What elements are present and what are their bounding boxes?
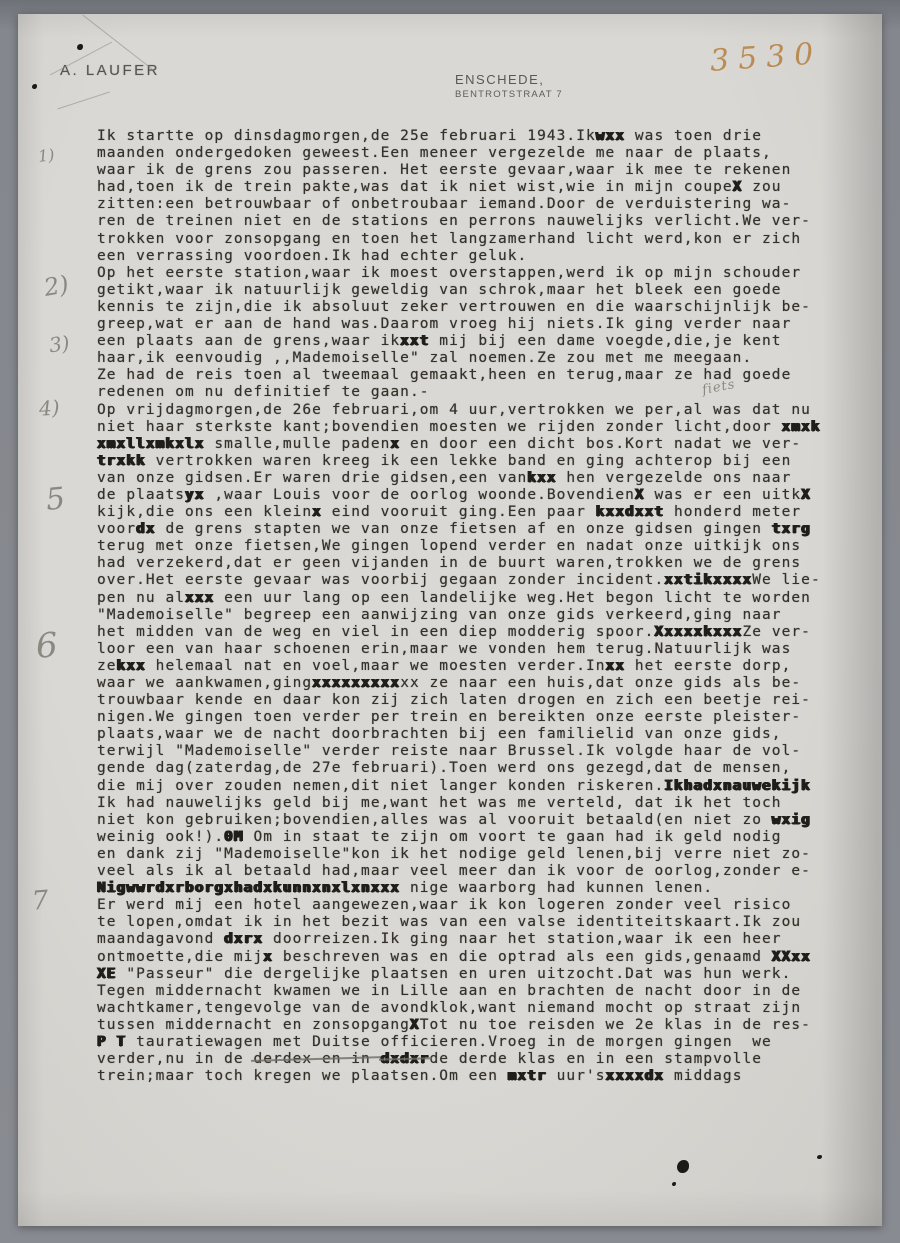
typed-correction: trxkk xyxy=(97,453,146,469)
typed-text: nigen.We gingen toen verder per trein en… xyxy=(97,709,801,725)
typed-correction: derdex en in xyxy=(253,1051,380,1067)
typed-correction: yx xyxy=(185,487,205,503)
typed-correction: dxrx xyxy=(224,931,263,947)
ink-blot xyxy=(77,44,83,50)
margin-number: 5 xyxy=(44,481,67,518)
typed-correction: wxx xyxy=(596,128,625,144)
ink-blot xyxy=(32,84,37,89)
text-line: Tegen middernacht kwamen we in Lille aan… xyxy=(97,983,857,1000)
typed-text: tussen middernacht en zonsopgang xyxy=(97,1017,410,1033)
typed-text: We lie- xyxy=(752,572,820,588)
text-line: getikt,waar ik natuurlijk geweldig van s… xyxy=(97,282,857,299)
text-line: P T tauratiewagen met Duitse officieren.… xyxy=(97,1034,857,1051)
letterhead-city: ENSCHEDE, xyxy=(455,72,544,87)
typed-text: waar we aankwamen,ging xyxy=(97,675,312,691)
typed-text: loor een van haar schoenen erin,maar we … xyxy=(97,641,791,657)
typed-text: trokken voor zonsopgang en toen het lang… xyxy=(97,231,801,247)
typed-correction: Xxxxxkxxx xyxy=(654,624,742,640)
margin-number: 1) xyxy=(37,145,55,166)
text-line: tussen middernacht en zonsopgangXTot nu … xyxy=(97,1017,857,1034)
typed-text: vertrokken waren kreeg ik een lekke band… xyxy=(146,453,791,469)
handwritten-page-number: 3530 xyxy=(709,36,824,79)
typed-text: een plaats aan de grens,waar ik xyxy=(97,333,400,349)
text-line: ontmoette,die mijx beschreven was en die… xyxy=(97,949,857,966)
text-line: verder,nu in de derdex en in dxdxrde der… xyxy=(97,1051,857,1068)
typed-text: "Mademoiselle" begreep een aanwijzing va… xyxy=(97,607,782,623)
text-line: een plaats aan de grens,waar ikxxt mij b… xyxy=(97,333,857,350)
typed-text: nige waarborg had kunnen lenen. xyxy=(400,880,713,896)
margin-number: 6 xyxy=(35,625,59,666)
text-line: niet kon gebruiken;bovendien,alles was a… xyxy=(97,812,857,829)
typed-correction: x xyxy=(312,504,322,520)
text-line: Ze had de reis toen al tweemaal gemaakt,… xyxy=(97,367,857,384)
typed-text: had,toen ik de trein pakte,was dat ik ni… xyxy=(97,179,733,195)
typewritten-text: Ik startte op dinsdagmorgen,de 25e febru… xyxy=(97,128,857,1085)
text-line: over.Het eerste gevaar was voorbij gegaa… xyxy=(97,572,857,589)
typed-text: greep,wat er aan de hand was.Daarom vroe… xyxy=(97,316,791,332)
letterhead-street: BENTROTSTRAAT 7 xyxy=(455,89,563,100)
typed-correction: XE xyxy=(97,966,117,982)
ink-blot xyxy=(672,1182,676,1186)
typed-text: en door een dicht bos.Kort nadat we ver- xyxy=(400,436,801,452)
typed-text: weinig ook!). xyxy=(97,829,224,845)
text-line: die mij over zouden nemen,dit niet lange… xyxy=(97,778,857,795)
typed-text: het midden van de weg en viel in een die… xyxy=(97,624,654,640)
typed-text: trein;maar toch kregen we plaatsen.Om ee… xyxy=(97,1068,508,1084)
typed-correction: kxx xyxy=(117,658,146,674)
typed-text: Tegen middernacht kwamen we in Lille aan… xyxy=(97,983,801,999)
typed-correction: kxx xyxy=(527,470,556,486)
text-line: en dank zij "Mademoiselle"kon ik het nod… xyxy=(97,846,857,863)
text-line: zitten:een betrouwbaar of onbetroubaar i… xyxy=(97,196,857,213)
typed-correction: 0M xyxy=(224,829,244,845)
typed-text: Tot nu toe reisden we 2e klas in de res- xyxy=(420,1017,811,1033)
typed-text: maanden ondergedoken geweest.Een meneer … xyxy=(97,145,772,161)
typed-text: maandagavond xyxy=(97,931,224,947)
typed-correction: mxtr xyxy=(508,1068,547,1084)
typed-text: Er werd mij een hotel aangewezen,waar ik… xyxy=(97,897,791,913)
typed-text: zitten:een betrouwbaar of onbetroubaar i… xyxy=(97,196,791,212)
text-line: weinig ook!).0M Om in staat te zijn om v… xyxy=(97,829,857,846)
text-line: kijk,die ons een kleinx eind vooruit gin… xyxy=(97,504,857,521)
typed-text: smalle,mulle paden xyxy=(205,436,391,452)
typed-correction: dxdxr xyxy=(381,1051,430,1067)
ink-blot xyxy=(677,1160,689,1173)
typed-correction: xxxxdx xyxy=(606,1068,665,1084)
typed-text: beschreven was en die optrad als een gid… xyxy=(273,949,772,965)
scan-background: { "letterhead": { "name": "A. LAUFER", "… xyxy=(0,0,900,1243)
text-line: het midden van de weg en viel in een die… xyxy=(97,624,857,641)
typed-text: Ik had nauwelijks geld bij me,want het w… xyxy=(97,795,782,811)
typed-text: zou xyxy=(742,179,781,195)
typed-text: de plaats xyxy=(97,487,185,503)
typed-text: "Passeur" die dergelijke plaatsen en ure… xyxy=(117,966,792,982)
text-line: "Mademoiselle" begreep een aanwijzing va… xyxy=(97,607,857,624)
typed-text: plaats,waar we de nacht doorbrachten bij… xyxy=(97,726,782,742)
typed-text: Ik startte op dinsdagmorgen,de 25e febru… xyxy=(97,128,596,144)
text-line: had verzekerd,dat er geen vijanden in de… xyxy=(97,555,857,572)
typed-text: Ze ver- xyxy=(742,624,810,640)
typed-correction: dx xyxy=(136,521,156,537)
typed-text: veel als ik al betaald had,maar veel mee… xyxy=(97,863,811,879)
text-line: Op vrijdagmorgen,de 26e februari,om 4 uu… xyxy=(97,402,857,419)
text-line: waar ik de grens zou passeren. Het eerst… xyxy=(97,162,857,179)
typed-text: die mij over zouden nemen,dit niet lange… xyxy=(97,778,664,794)
typed-text: uur's xyxy=(547,1068,606,1084)
typed-text: ontmoette,die mij xyxy=(97,949,263,965)
typed-correction: X xyxy=(801,487,811,503)
typed-correction: wxig xyxy=(772,812,811,828)
text-line: te lopen,omdat ik in het bezit was van e… xyxy=(97,914,857,931)
typed-text: het eerste dorp, xyxy=(625,658,791,674)
typed-text: ren de treinen niet en de stations en pe… xyxy=(97,213,811,229)
text-line: trxkk vertrokken waren kreeg ik een lekk… xyxy=(97,453,857,470)
margin-number: 3) xyxy=(47,331,71,358)
text-line: voordx de grens stapten we van onze fiet… xyxy=(97,521,857,538)
text-line: redenen om nu definitief te gaan.- xyxy=(97,384,857,401)
document-page: A. LAUFER ENSCHEDE, BENTROTSTRAAT 7 3530… xyxy=(18,14,882,1226)
typed-correction: xxxxxxxxx xyxy=(312,675,400,691)
typed-text: gende dag(zaterdag,de 27e februari).Toen… xyxy=(97,760,791,776)
typed-text: over.Het eerste gevaar was voorbij gegaa… xyxy=(97,572,664,588)
typed-correction: xmxk xyxy=(782,419,821,435)
text-line: maandagavond dxrx doorreizen.Ik ging naa… xyxy=(97,931,857,948)
text-line: kennis te zijn,die ik absoluut zeker ver… xyxy=(97,299,857,316)
typed-text: middags xyxy=(664,1068,742,1084)
typed-text: wachtkamer,tengevolge van de avondklok,w… xyxy=(97,1000,801,1016)
text-line: XE "Passeur" die dergelijke plaatsen en … xyxy=(97,966,857,983)
typed-text: voor xyxy=(97,521,136,537)
text-line: ren de treinen niet en de stations en pe… xyxy=(97,213,857,230)
text-line: niet haar sterkste kant;bovendien moeste… xyxy=(97,419,857,436)
typed-text: kijk,die ons een klein xyxy=(97,504,312,520)
typed-text: eind vooruit ging.Een paar xyxy=(322,504,596,520)
text-line: plaats,waar we de nacht doorbrachten bij… xyxy=(97,726,857,743)
typed-text: Op vrijdagmorgen,de 26e februari,om 4 uu… xyxy=(97,402,811,418)
text-line: waar we aankwamen,gingxxxxxxxxxxx ze naa… xyxy=(97,675,857,692)
typed-text: waar ik de grens zou passeren. Het eerst… xyxy=(97,162,791,178)
text-line: veel als ik al betaald had,maar veel mee… xyxy=(97,863,857,880)
typed-text: haar,ik eenvoudig ,,Mademoiselle" zal no… xyxy=(97,350,752,366)
text-line: terwijl "Mademoiselle" verder reiste naa… xyxy=(97,743,857,760)
typed-correction: P T xyxy=(97,1034,126,1050)
margin-number: 7 xyxy=(31,885,50,916)
typed-text: Om in staat te zijn om voort te gaan had… xyxy=(244,829,782,845)
typed-text: niet haar sterkste kant;bovendien moeste… xyxy=(97,419,782,435)
typed-text: en dank zij "Mademoiselle"kon ik het nod… xyxy=(97,846,811,862)
typed-text: ze xyxy=(97,658,117,674)
typed-text: ,waar Louis voor de oorlog woonde.Bovend… xyxy=(205,487,635,503)
text-line: haar,ik eenvoudig ,,Mademoiselle" zal no… xyxy=(97,350,857,367)
typed-text: redenen om nu definitief te gaan.- xyxy=(97,384,430,400)
typed-text: de derde klas en in een stampvolle xyxy=(430,1051,763,1067)
text-line: wachtkamer,tengevolge van de avondklok,w… xyxy=(97,1000,857,1017)
text-line: greep,wat er aan de hand was.Daarom vroe… xyxy=(97,316,857,333)
typed-correction: Ikhadxnauwekijk xyxy=(664,778,811,794)
ink-blot xyxy=(817,1155,822,1159)
typed-correction: txrg xyxy=(772,521,811,537)
text-line: trouwbaar kende en daar kon zij zich lat… xyxy=(97,692,857,709)
typed-correction: xmxllxmkxlx xyxy=(97,436,205,452)
typed-text: was er een uitk xyxy=(645,487,801,503)
text-line: Nigwwrdxrborgxhadxkunnxnxlxnxxx nige waa… xyxy=(97,880,857,897)
typed-correction: xxt xyxy=(400,333,429,349)
typed-text: helemaal nat en voel,maar we moesten ver… xyxy=(146,658,606,674)
typed-correction: x xyxy=(390,436,400,452)
typed-correction: Nigwwrdxrborgxhadxkunnxnxlxnxxx xyxy=(97,880,400,896)
typed-correction: xxx xyxy=(185,590,214,606)
typed-text: terug met onze fietsen,We gingen lopend … xyxy=(97,538,801,554)
text-line: een verrassing voordoen.Ik had echter ge… xyxy=(97,248,857,265)
typed-text: trouwbaar kende en daar kon zij zich lat… xyxy=(97,692,811,708)
text-line: terug met onze fietsen,We gingen lopend … xyxy=(97,538,857,555)
typed-text: kennis te zijn,die ik absoluut zeker ver… xyxy=(97,299,811,315)
typed-text: doorreizen.Ik ging naar het station,waar… xyxy=(263,931,781,947)
text-line: de plaatsyx ,waar Louis voor de oorlog w… xyxy=(97,487,857,504)
typed-correction: xxtikxxxx xyxy=(664,572,752,588)
typed-text: een uur lang op een landelijke weg.Het b… xyxy=(214,590,811,606)
text-line: loor een van haar schoenen erin,maar we … xyxy=(97,641,857,658)
text-line: had,toen ik de trein pakte,was dat ik ni… xyxy=(97,179,857,196)
typed-correction: xx xyxy=(606,658,626,674)
typed-text: Ze had de reis toen al tweemaal gemaakt,… xyxy=(97,367,791,383)
typed-text: niet kon gebruiken;bovendien,alles was a… xyxy=(97,812,772,828)
typed-text: pen nu al xyxy=(97,590,185,606)
typed-correction: X xyxy=(733,179,743,195)
typed-text: de grens stapten we van onze fietsen af … xyxy=(156,521,772,537)
margin-number: 4) xyxy=(38,395,60,420)
text-line: van onze gidsen.Er waren drie gidsen,een… xyxy=(97,470,857,487)
margin-number: 2) xyxy=(42,270,71,302)
text-line: Er werd mij een hotel aangewezen,waar ik… xyxy=(97,897,857,914)
typed-text: xx ze naar een huis,dat onze gids als be… xyxy=(400,675,801,691)
typed-text: te lopen,omdat ik in het bezit was van e… xyxy=(97,914,801,930)
text-line: xmxllxmkxlx smalle,mulle padenx en door … xyxy=(97,436,857,453)
typed-text: terwijl "Mademoiselle" verder reiste naa… xyxy=(97,743,801,759)
text-line: trokken voor zonsopgang en toen het lang… xyxy=(97,231,857,248)
typed-correction: kxxdxxt xyxy=(596,504,664,520)
typed-correction: x xyxy=(263,949,273,965)
typed-text: tauratiewagen met Duitse officieren.Vroe… xyxy=(126,1034,771,1050)
text-line: Ik had nauwelijks geld bij me,want het w… xyxy=(97,795,857,812)
typed-text: Op het eerste station,waar ik moest over… xyxy=(97,265,801,281)
typed-text: honderd meter xyxy=(664,504,801,520)
text-line: trein;maar toch kregen we plaatsen.Om ee… xyxy=(97,1068,857,1085)
text-line: Op het eerste station,waar ik moest over… xyxy=(97,265,857,282)
typed-text: had verzekerd,dat er geen vijanden in de… xyxy=(97,555,801,571)
typed-text: verder,nu in de xyxy=(97,1051,253,1067)
typed-correction: X xyxy=(410,1017,420,1033)
text-line: gende dag(zaterdag,de 27e februari).Toen… xyxy=(97,760,857,777)
text-line: Ik startte op dinsdagmorgen,de 25e febru… xyxy=(97,128,857,145)
text-line: nigen.We gingen toen verder per trein en… xyxy=(97,709,857,726)
typed-text: een verrassing voordoen.Ik had echter ge… xyxy=(97,248,527,264)
typed-correction: XXxx xyxy=(772,949,811,965)
typed-text: van onze gidsen.Er waren drie gidsen,een… xyxy=(97,470,527,486)
typed-text: was toen drie xyxy=(625,128,762,144)
typed-correction: X xyxy=(635,487,645,503)
typed-text: getikt,waar ik natuurlijk geweldig van s… xyxy=(97,282,782,298)
text-line: maanden ondergedoken geweest.Een meneer … xyxy=(97,145,857,162)
typed-text: mij bij een dame voegde,die,je kent xyxy=(430,333,782,349)
scratch-mark xyxy=(57,92,110,110)
typed-text: hen vergezelde ons naar xyxy=(557,470,792,486)
text-line: zekxx helemaal nat en voel,maar we moest… xyxy=(97,658,857,675)
text-line: pen nu alxxx een uur lang op een landeli… xyxy=(97,590,857,607)
